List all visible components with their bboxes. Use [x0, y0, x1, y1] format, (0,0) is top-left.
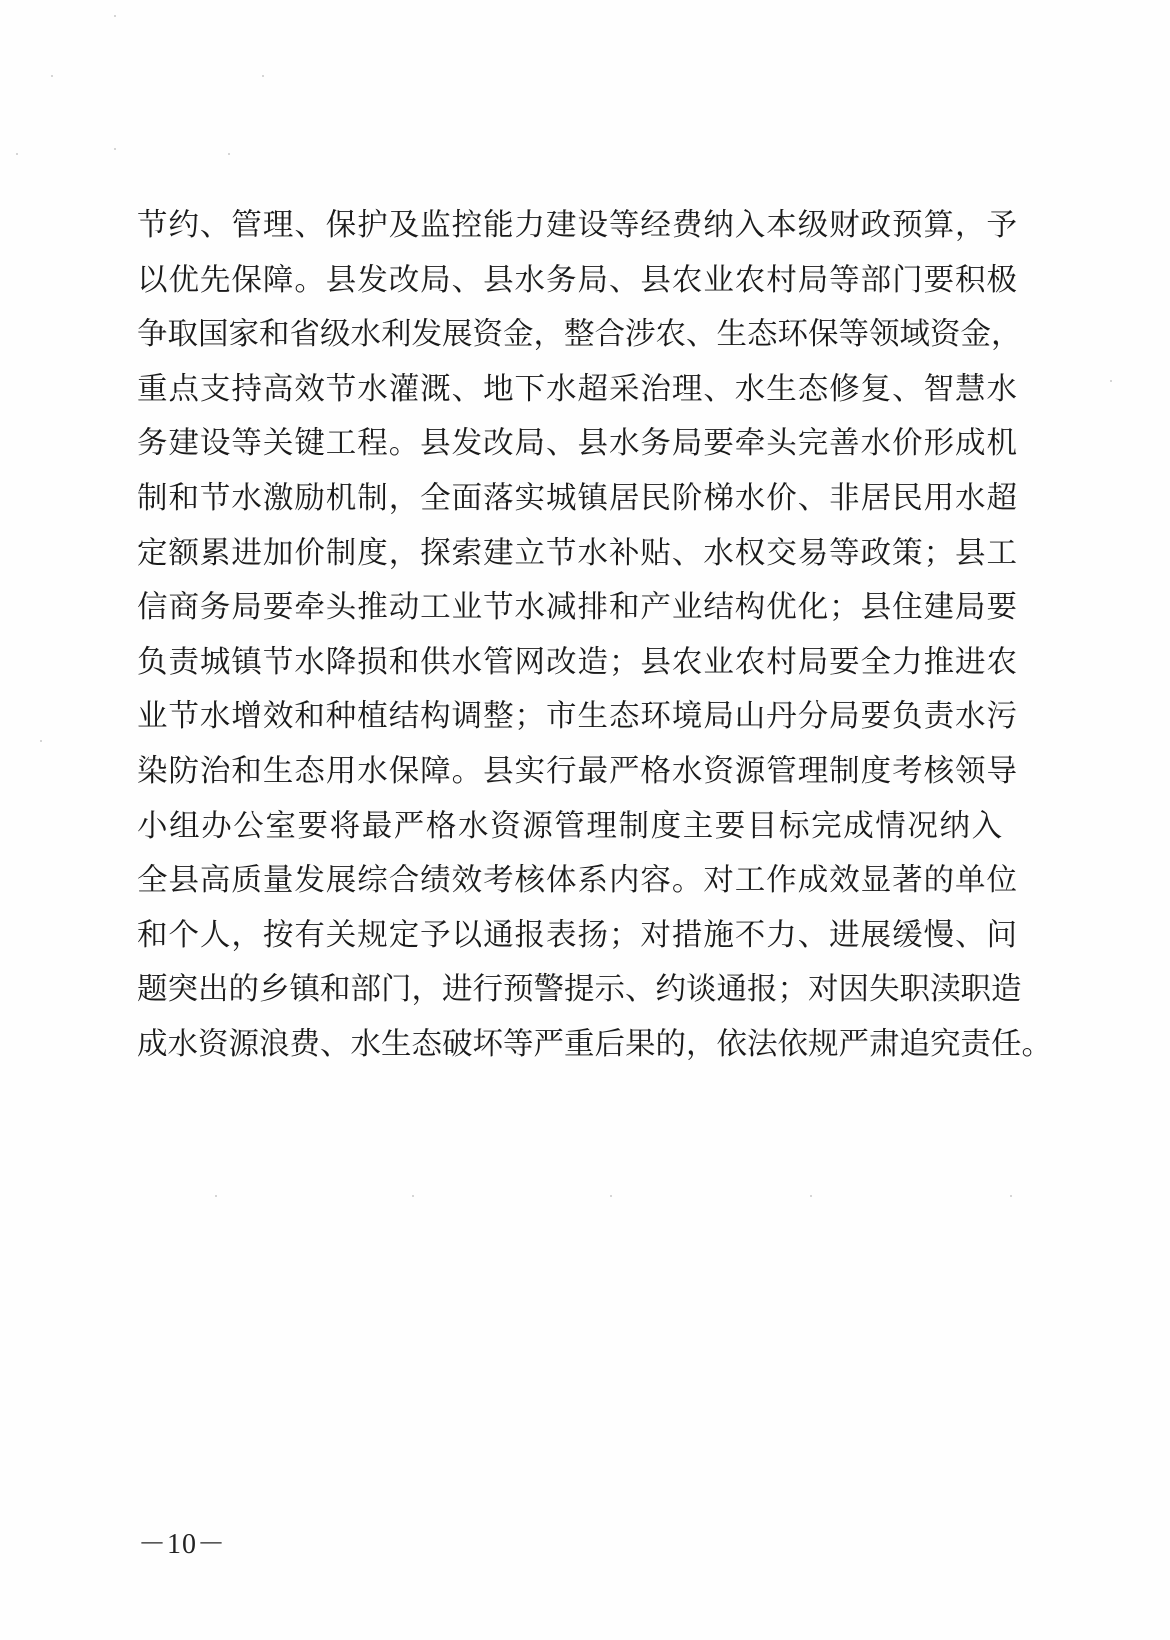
text-line: 信商务局要牵头推动工业节水减排和产业结构优化；县住建局要 — [137, 585, 1017, 640]
text-line: 负责城镇节水降损和供水管网改造；县农业农村局要全力推进农 — [137, 640, 1017, 695]
scan-speck — [228, 153, 230, 155]
text-line: 争取国家和省级水利发展资金，整合涉农、生态环保等领域资金， — [137, 312, 1017, 367]
scan-speck — [1010, 1195, 1012, 1197]
scan-speck — [412, 1195, 414, 1197]
text-line: 小组办公室要将最严格水资源管理制度主要目标完成情况纳入 — [137, 804, 1017, 859]
scan-speck — [1110, 380, 1112, 382]
body-paragraph: 节约、管理、保护及监控能力建设等经费纳入本级财政预算，予 以优先保障。县发改局、… — [137, 203, 1017, 1077]
scan-speck — [114, 148, 116, 150]
scan-speck — [16, 153, 18, 155]
scan-speck — [610, 1195, 612, 1197]
text-line: 全县高质量发展综合绩效考核体系内容。对工作成效显著的单位 — [137, 858, 1017, 913]
text-line: 题突出的乡镇和部门，进行预警提示、约谈通报；对因失职渎职造 — [137, 967, 1017, 1022]
scan-speck — [40, 740, 42, 742]
text-line: 业节水增效和种植结构调整；市生态环境局山丹分局要负责水污 — [137, 694, 1017, 749]
text-line: 定额累进加价制度，探索建立节水补贴、水权交易等政策；县工 — [137, 531, 1017, 586]
scan-speck — [215, 1195, 217, 1197]
text-line: 重点支持高效节水灌溉、地下水超采治理、水生态修复、智慧水 — [137, 367, 1017, 422]
text-line: 染防治和生态用水保障。县实行最严格水资源管理制度考核领导 — [137, 749, 1017, 804]
text-line: 成水资源浪费、水生态破坏等严重后果的，依法依规严肃追究责任。 — [137, 1022, 1017, 1077]
text-line: 和个人，按有关规定予以通报表扬；对措施不力、进展缓慢、问 — [137, 913, 1017, 968]
scan-speck — [51, 75, 53, 77]
scan-speck — [810, 1195, 812, 1197]
text-line: 节约、管理、保护及监控能力建设等经费纳入本级财政预算，予 — [137, 203, 1017, 258]
text-line: 务建设等关键工程。县发改局、县水务局要牵头完善水价形成机 — [137, 421, 1017, 476]
text-line: 以优先保障。县发改局、县水务局、县农业农村局等部门要积极 — [137, 258, 1017, 313]
document-page: 节约、管理、保护及监控能力建设等经费纳入本级财政预算，予 以优先保障。县发改局、… — [0, 0, 1170, 1640]
page-number: －10－ — [138, 1522, 226, 1562]
scan-speck — [262, 75, 264, 77]
scan-speck — [114, 15, 116, 17]
text-line: 制和节水激励机制，全面落实城镇居民阶梯水价、非居民用水超 — [137, 476, 1017, 531]
